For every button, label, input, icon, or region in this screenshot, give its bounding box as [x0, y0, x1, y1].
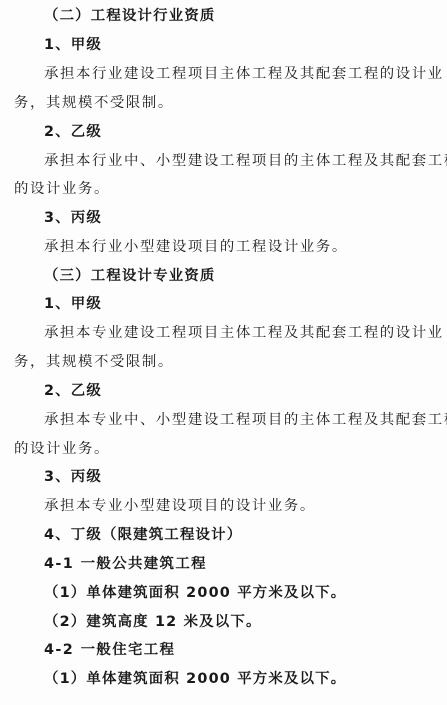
paragraph-line: 的设计业务。 [14, 435, 110, 463]
paragraph-line: 承担本行业小型建设项目的工程设计业务。 [44, 233, 348, 261]
grade-label-b: 2、乙级 [44, 118, 102, 146]
grade-label-d: 4、丁级（限建筑工程设计） [44, 521, 242, 549]
section-heading-industry-qualification: （二）工程设计行业资质 [44, 2, 216, 30]
section-heading-specialty-qualification: （三）工程设计专业资质 [44, 262, 216, 290]
list-item: （1）单体建筑面积 2000 平方米及以下。 [44, 579, 346, 607]
paragraph-line: 承担本专业小型建设项目的设计业务。 [44, 492, 316, 520]
paragraph-line: 的设计业务。 [14, 175, 110, 203]
list-item: （1）单体建筑面积 2000 平方米及以下。 [44, 665, 346, 693]
paragraph-line: 承担本专业中、小型建设工程项目的主体工程及其配套工程 [44, 406, 447, 434]
subsection-heading-public-buildings: 4-1 一般公共建筑工程 [44, 550, 207, 578]
paragraph-line: 务，其规模不受限制。 [14, 348, 174, 376]
grade-label-a: 1、甲级 [44, 31, 102, 59]
subsection-heading-residential: 4-2 一般住宅工程 [44, 636, 175, 664]
grade-label-b: 2、乙级 [44, 377, 102, 405]
grade-label-c: 3、丙级 [44, 204, 102, 232]
grade-label-a: 1、甲级 [44, 290, 102, 318]
paragraph-line: 承担本行业建设工程项目主体工程及其配套工程的设计业 [44, 60, 444, 88]
paragraph-line: 承担本行业中、小型建设工程项目的主体工程及其配套工程 [44, 147, 447, 175]
document-page: （二）工程设计行业资质 1、甲级 承担本行业建设工程项目主体工程及其配套工程的设… [0, 0, 447, 705]
paragraph-line: 承担本专业建设工程项目主体工程及其配套工程的设计业 [44, 319, 444, 347]
list-item: （2）建筑高度 12 米及以下。 [44, 608, 262, 636]
paragraph-line: 务，其规模不受限制。 [14, 89, 174, 117]
grade-label-c: 3、丙级 [44, 463, 102, 491]
